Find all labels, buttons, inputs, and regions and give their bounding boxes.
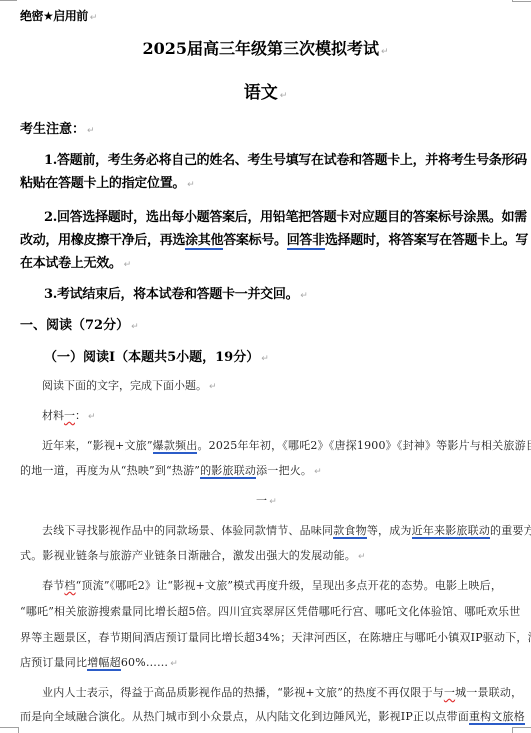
paragraph-mark-icon: ↵: [87, 126, 95, 136]
paragraph-2-line-2: 式。影视业链条与旅游产业链条日渐融合，激发出强大的发展动能。↵: [20, 547, 366, 563]
paragraph-4-line-2: 而是向全域融合演化。从热门城市到小众景点，从内陆文化到边陲风光，影视IP正以点带…: [20, 708, 525, 724]
notice-item-2-text: 2.回答选择题时，选出每小题答案后，用铅笔把答题卡对应题目的答案标号涂黑。如需: [44, 210, 527, 225]
paragraph-mark-icon: ↵: [280, 91, 288, 101]
paragraph-3-line-4: 店预订量同比增幅超60%……↵: [20, 654, 178, 670]
page-corner-mark-bottom-right: [512, 727, 531, 733]
notice-item-2-line-2: 改动，用橡皮擦干净后，再选涂其他答案标号。回答非选择题时，将答案写在答题卡上。写: [20, 229, 528, 248]
spellcheck-underline[interactable]: 一: [444, 686, 455, 699]
text-run: 式。影视业链条与旅游产业链条日渐融合，激发出强大的发展动能。: [20, 549, 356, 562]
text-run: 材料: [42, 409, 64, 422]
text-run: 店预订量同比: [20, 656, 87, 669]
text-run: “哪吒”相关旅游搜索量同比增长超5倍。四川宜宾翠屏区凭借哪吒行宫、哪吒文化体验馆…: [20, 605, 520, 618]
text-run: 的地一道，再度为从“热映”到“热游”: [20, 464, 200, 477]
text-run: 等，成为: [367, 524, 412, 537]
grammar-underline[interactable]: 的影旅联动: [200, 464, 256, 479]
section-heading: 一、阅读（72分）↵: [20, 314, 139, 333]
notice-heading: 考生注意：↵: [20, 118, 95, 137]
text-run: 城一景联动，: [455, 686, 522, 699]
paragraph-1-line-1: 近年来，“影视+文旅”爆款频出。2025年年初，《哪吒2》《唐探1900》《封神…: [42, 437, 531, 453]
notice-item-1-text: 1.答题前，考生务必将自己的姓名、考生号填写在试卷和答题卡上，并将考生号条形码: [44, 153, 527, 168]
paragraph-mark-icon: ↵: [187, 180, 194, 190]
separator-line: 一↵: [256, 492, 277, 508]
grammar-underline[interactable]: 重构文旅格: [469, 710, 525, 725]
grammar-underline[interactable]: 近年来影旅联动: [412, 524, 490, 539]
grammar-underline[interactable]: 涂其他: [185, 233, 223, 250]
text-run: 改动，用橡皮擦干净后，再选: [20, 233, 185, 248]
confidential-mark: 绝密★启用前↵: [20, 7, 97, 24]
paragraph-3-line-3: 界等主题景区，春节期间酒店预订量同比增长超34%；天津河西区，在陈塘庄与哪吒小镇…: [20, 629, 531, 645]
notice-item-2-line-3: 在本试卷上无效。↵: [20, 252, 131, 271]
grammar-underline[interactable]: 回答非: [287, 233, 325, 250]
text-run: 近年来，“影视+文旅”: [42, 439, 153, 452]
paragraph-2-line-1: 去线下寻找影视作品中的同款场景、体验同款情节、品味同款食物等，成为近年来影旅联动…: [42, 522, 531, 538]
paragraph-mark-icon: ↵: [300, 291, 307, 301]
paragraph-mark-icon: ↵: [209, 382, 217, 392]
material-label: 材料一：↵: [42, 407, 96, 423]
paragraph-3-line-2: “哪吒”相关旅游搜索量同比增长超5倍。四川宜宾翠屏区凭借哪吒行宫、哪吒文化体验馆…: [20, 603, 520, 619]
notice-item-3: 3.考试结束后，将本试卷和答题卡一并交回。↵: [44, 283, 308, 302]
paragraph-4-line-1: 业内人士表示，得益于高品质影视作品的热播，“影视+文旅”的热度不再仅限于与一城一…: [42, 684, 522, 700]
paragraph-mark-icon: ↵: [261, 354, 269, 364]
notice-item-1-line-2: 粘贴在答题卡上的指定位置。↵: [20, 172, 194, 191]
spellcheck-underline[interactable]: 档: [64, 579, 75, 592]
text-run: 的重要方: [490, 524, 531, 537]
text-run: ：: [75, 409, 86, 422]
document-page[interactable]: 绝密★启用前↵ 2025届高三年级第三次模拟考试↵ 语文↵ 考生注意：↵ 1.答…: [0, 0, 531, 733]
notice-heading-text: 考生注意：: [20, 122, 85, 137]
text-run: 而是向全域融合演化。从热门城市到小众景点，从内陆文化到边陲风光，影视IP正以点带…: [20, 710, 469, 723]
separator-text: 一: [256, 494, 267, 507]
text-run: 60%……: [121, 656, 168, 669]
subsection-heading-text: （一）阅读Ⅰ（本题共5小题，19分）: [44, 350, 259, 365]
paragraph-mark-icon: ↵: [358, 552, 366, 562]
page-corner-mark-bottom-left: [0, 727, 19, 733]
text-run: 答案标号。: [223, 233, 287, 248]
notice-item-1-text-cont: 粘贴在答题卡上的指定位置。: [20, 176, 185, 191]
subsection-heading: （一）阅读Ⅰ（本题共5小题，19分）↵: [44, 346, 269, 365]
text-run: 添一把火。: [256, 464, 312, 477]
text-run: 。2025年年初，《哪吒2》《唐探1900》《封神》等影片与相关旅游目: [197, 439, 531, 452]
grammar-underline[interactable]: 款食物: [333, 524, 367, 539]
paragraph-mark-icon: ↵: [381, 47, 389, 57]
subject-text: 语文: [244, 83, 278, 103]
text-run: “顶流”《哪吒2》让“影视+文旅”模式再度升级，呈现出多点开花的态势。电影上映后…: [76, 579, 502, 592]
text-run: 去线下寻找影视作品中的同款场景、体验同款情节、品味同: [42, 524, 333, 537]
text-run: 选择题时，将答案写在答题卡上。写: [325, 233, 528, 248]
subject-title: 语文↵: [0, 78, 531, 103]
paragraph-mark-icon: ↵: [88, 412, 96, 422]
instruction-text: 阅读下面的文字，完成下面小题。↵: [42, 377, 217, 393]
notice-item-1-line-1: 1.答题前，考生务必将自己的姓名、考生号填写在试卷和答题卡上，并将考生号条形码: [44, 149, 527, 168]
paragraph-mark-icon: ↵: [170, 659, 178, 669]
grammar-underline[interactable]: 爆款频出: [153, 439, 198, 454]
paragraph-1-line-2: 的地一道，再度为从“热映”到“热游”的影旅联动添一把火。↵: [20, 462, 322, 478]
grammar-underline[interactable]: 增幅超: [87, 656, 121, 671]
exam-title: 2025届高三年级第三次模拟考试↵: [0, 36, 531, 59]
paragraph-mark-icon: ↵: [269, 497, 277, 507]
page-corner-mark-top-right: [512, 0, 531, 2]
text-run: 业内人士表示，得益于高品质影视作品的热播，“影视+文旅”的热度不再仅限于与: [42, 686, 444, 699]
paragraph-mark-icon: ↵: [131, 322, 139, 332]
text-run: 界等主题景区，春节期间酒店预订量同比增长超34%；天津河西区，在陈塘庄与哪吒小镇…: [20, 631, 531, 644]
text-run: 在本试卷上无效。: [20, 256, 122, 271]
paragraph-3-line-1: 春节档“顶流”《哪吒2》让“影视+文旅”模式再度升级，呈现出多点开花的态势。电影…: [42, 577, 502, 593]
text-run: 春节: [42, 579, 64, 592]
instruction-run: 阅读下面的文字，完成下面小题。: [42, 379, 207, 392]
section-heading-text: 一、阅读（72分）: [20, 318, 129, 333]
paragraph-mark-icon: ↵: [90, 13, 97, 23]
page-corner-mark-top-left: [0, 0, 17, 1]
paragraph-mark-icon: ↵: [124, 260, 131, 270]
spellcheck-underline[interactable]: 一: [64, 409, 75, 422]
confidential-mark-text: 绝密★启用前: [20, 9, 88, 23]
exam-title-text: 2025届高三年级第三次模拟考试: [142, 39, 379, 58]
notice-item-2-line-1: 2.回答选择题时，选出每小题答案后，用铅笔把答题卡对应题目的答案标号涂黑。如需: [44, 206, 527, 225]
paragraph-mark-icon: ↵: [314, 467, 322, 477]
notice-item-3-text: 3.考试结束后，将本试卷和答题卡一并交回。: [44, 287, 298, 302]
